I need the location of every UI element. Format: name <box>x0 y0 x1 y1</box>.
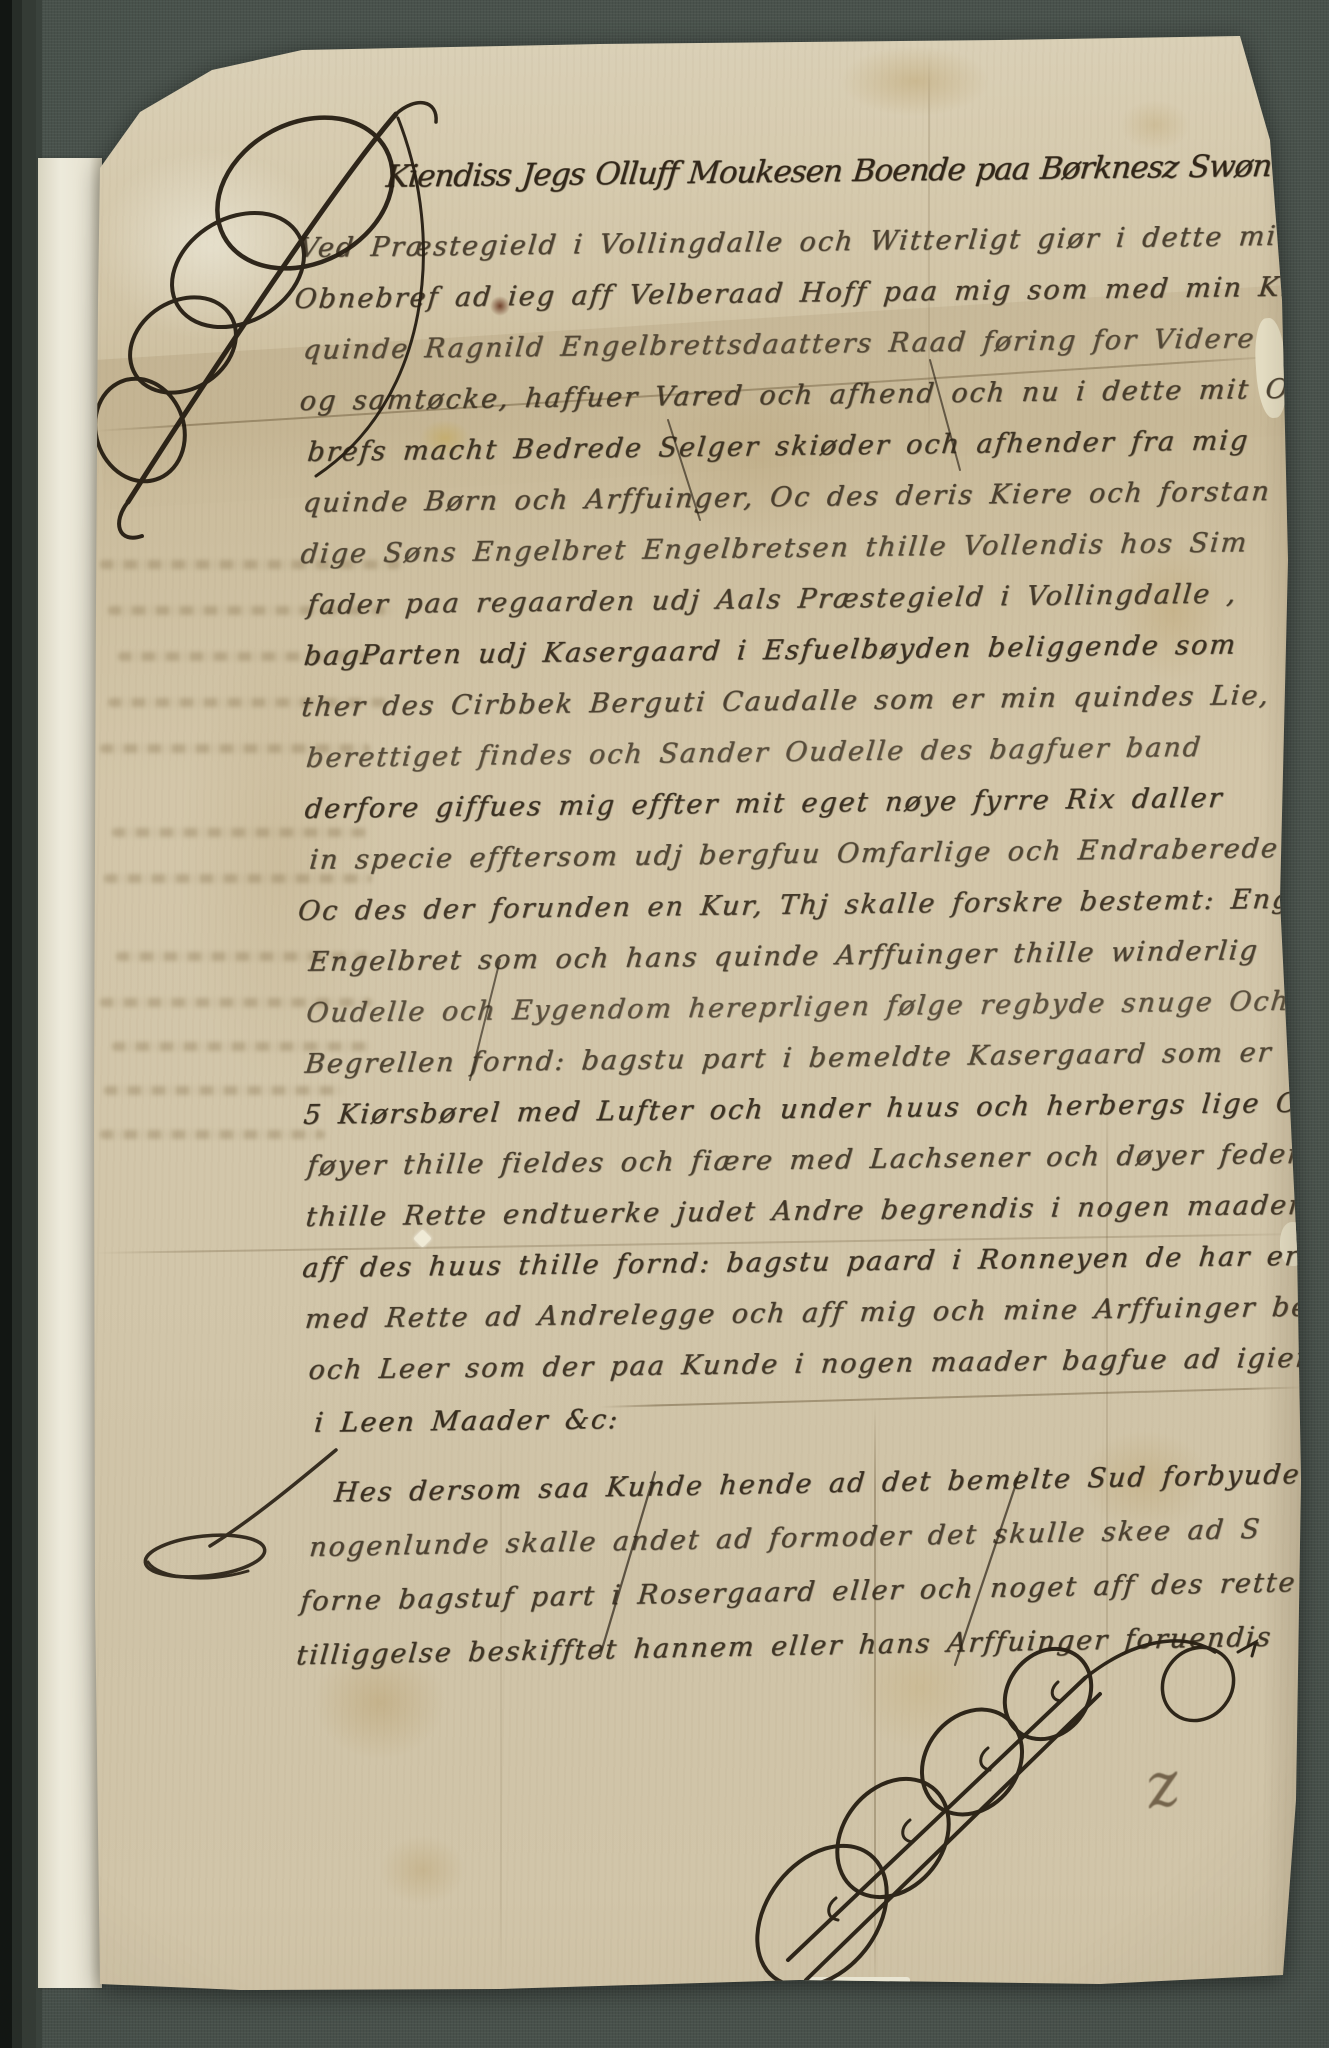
archive-photo: Kiendiss Jegs Olluff Moukesen Boende paa… <box>0 0 1329 2048</box>
pencil-x-mark: x <box>73 117 95 150</box>
manuscript-line: nogenlunde skalle andet ad formoder det … <box>308 1514 1262 1563</box>
manuscript-line: tilliggelse beskifftet hannem eller hans… <box>295 1622 1274 1672</box>
manuscript-page: Kiendiss Jegs Olluff Moukesen Boende paa… <box>0 0 1329 2048</box>
manuscript-paragraph-2: Hes dersom saa Kunde hende ad det bemelt… <box>0 0 1329 2048</box>
manuscript-line: Hes dersom saa Kunde hende ad det bemelt… <box>333 1459 1302 1509</box>
manuscript-line: forne bagstuf part i Rosergaard eller oc… <box>299 1567 1298 1617</box>
paper-sheet: Kiendiss Jegs Olluff Moukesen Boende paa… <box>0 0 1329 2048</box>
